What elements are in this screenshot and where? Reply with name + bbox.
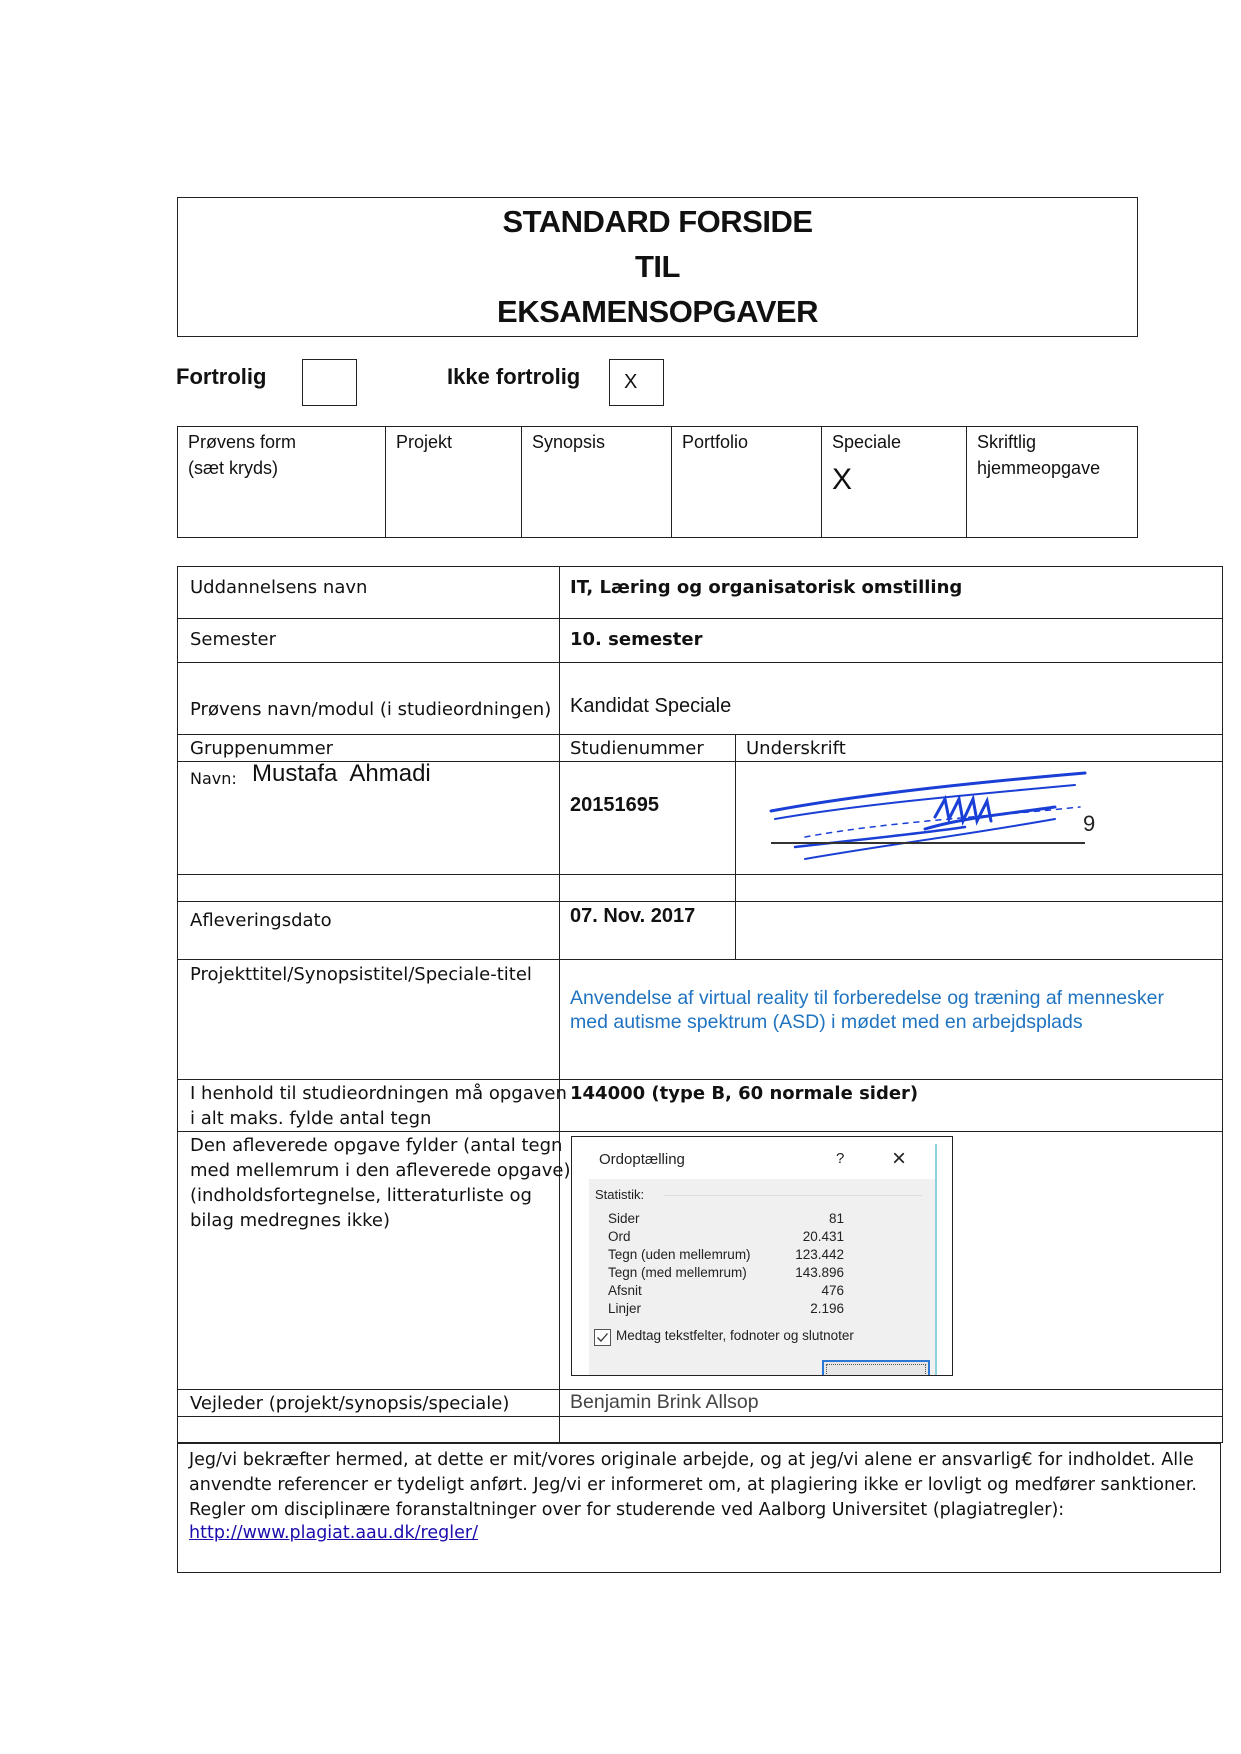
stat-value: 81 xyxy=(829,1211,844,1226)
dialog-edge xyxy=(935,1144,937,1375)
exam-form-label: Prøvens form (sæt kryds) xyxy=(178,427,385,537)
stat-row: Ord20.431 xyxy=(608,1229,844,1247)
title-line-3: EKSAMENSOPGAVER xyxy=(178,294,1137,330)
row-divider xyxy=(178,901,1222,902)
option-label: Projekt xyxy=(396,429,511,455)
exam-form-label-line2: (sæt kryds) xyxy=(188,455,375,481)
option-label: Skriftlig hjemmeopgave xyxy=(977,429,1117,481)
max-chars-label-line2: i alt maks. fylde antal tegn xyxy=(190,1106,431,1131)
exam-form-table: Prøvens form (sæt kryds) Projekt Synopsi… xyxy=(177,426,1138,538)
row-divider xyxy=(178,734,1222,735)
name-prefix: Navn: xyxy=(190,766,237,791)
row-divider xyxy=(178,662,1222,663)
exam-name-label: Prøvens navn/modul (i studieordningen) xyxy=(190,697,551,722)
education-label: Uddannelsens navn xyxy=(190,575,367,600)
checkmark-icon xyxy=(595,1330,610,1345)
stat-row: Tegn (med mellemrum)143.896 xyxy=(608,1265,844,1283)
include-notes-label[interactable]: Medtag tekstfelter, fodnoter og slutnote… xyxy=(616,1328,854,1343)
statistics-section-label: Statistik: xyxy=(595,1187,644,1202)
option-label: Portfolio xyxy=(682,429,811,455)
close-dialog-button[interactable] xyxy=(822,1360,930,1376)
column-divider xyxy=(559,567,560,1442)
exam-form-option-portfolio[interactable]: Portfolio xyxy=(671,427,821,537)
education-value: IT, Læring og organisatorisk omstilling xyxy=(570,575,962,600)
actual-chars-label-line2: med mellemrum i den afleverede opgave) xyxy=(190,1158,571,1183)
stat-value: 143.896 xyxy=(795,1265,844,1280)
row-divider xyxy=(178,959,1222,960)
stat-label: Tegn (med mellemrum) xyxy=(608,1265,747,1280)
stat-label: Sider xyxy=(608,1211,640,1226)
thesis-title-line1: Anvendelse af virtual reality til forber… xyxy=(570,986,1164,1011)
exam-name-value: Kandidat Speciale xyxy=(570,694,731,719)
option-label: Speciale xyxy=(832,429,956,455)
confidential-label: Fortrolig xyxy=(176,364,266,390)
delivery-date-label: Afleveringsdato xyxy=(190,908,332,933)
row-divider xyxy=(178,1079,1222,1080)
stat-value: 20.431 xyxy=(803,1229,844,1244)
include-notes-checkbox[interactable] xyxy=(594,1329,611,1346)
exam-form-option-skriftlig[interactable]: Skriftlig hjemmeopgave xyxy=(966,427,1137,537)
group-number-label: Gruppenummer xyxy=(190,736,333,761)
stat-value: 2.196 xyxy=(810,1301,844,1316)
stat-value: 476 xyxy=(821,1283,844,1298)
stat-label: Linjer xyxy=(608,1301,641,1316)
max-chars-value: 144000 (type B, 60 normale sider) xyxy=(570,1081,918,1106)
title-box: STANDARD FORSIDE TIL EKSAMENSOPGAVER xyxy=(177,197,1138,337)
signature-image: 9 xyxy=(765,767,1095,867)
semester-value: 10. semester xyxy=(570,627,702,652)
supervisor-label: Vejleder (projekt/synopsis/speciale) xyxy=(190,1391,509,1416)
actual-chars-label-line3: (indholdsfortegnelse, litteraturliste og xyxy=(190,1183,532,1208)
max-chars-label-line1: I henhold til studieordningen må opgaven xyxy=(190,1081,567,1106)
declaration-box: Jeg/vi bekræfter hermed, at dette er mit… xyxy=(177,1443,1221,1573)
stat-row: Linjer2.196 xyxy=(608,1301,844,1319)
thesis-title-label: Projekttitel/Synopsistitel/Speciale-tite… xyxy=(190,962,532,987)
stat-label: Tegn (uden mellemrum) xyxy=(608,1247,751,1262)
confidential-checkbox[interactable] xyxy=(302,359,357,406)
exam-form-option-projekt[interactable]: Projekt xyxy=(385,427,521,537)
signature-label: Underskrift xyxy=(746,736,846,761)
semester-label: Semester xyxy=(190,627,276,652)
option-mark: X xyxy=(832,467,956,493)
thesis-title-line2: med autisme spektrum (ASD) i mødet med e… xyxy=(570,1010,1083,1035)
declaration-line1: Jeg/vi bekræfter hermed, at dette er mit… xyxy=(189,1448,1209,1473)
actual-chars-label-line1: Den afleverede opgave fylder (antal tegn xyxy=(190,1133,562,1158)
row-divider xyxy=(178,1416,1222,1417)
declaration-line2: anvendte referencer er tydeligt anført. … xyxy=(189,1473,1209,1498)
exam-form-label-line1: Prøvens form xyxy=(188,429,375,455)
exam-form-option-speciale[interactable]: Speciale X xyxy=(821,427,966,537)
stat-row: Afsnit476 xyxy=(608,1283,844,1301)
section-divider xyxy=(664,1195,922,1196)
not-confidential-label: Ikke fortrolig xyxy=(447,364,580,390)
title-line-2: TIL xyxy=(178,249,1137,285)
stat-label: Ord xyxy=(608,1229,631,1244)
actual-chars-label-line4: bilag medregnes ikke) xyxy=(190,1208,390,1233)
student-number-label: Studienummer xyxy=(570,736,704,761)
title-line-1: STANDARD FORSIDE xyxy=(178,204,1137,240)
svg-text:9: 9 xyxy=(1083,811,1095,836)
student-name: Mustafa Ahmadi xyxy=(252,761,431,786)
option-label: Synopsis xyxy=(532,429,661,455)
close-icon[interactable]: × xyxy=(892,1145,906,1173)
column-divider xyxy=(735,734,736,959)
stat-row: Tegn (uden mellemrum)123.442 xyxy=(608,1247,844,1265)
not-confidential-checkbox[interactable]: X xyxy=(609,359,664,406)
word-count-dialog: Ordoptælling ? × Statistik: Sider81 Ord2… xyxy=(571,1136,953,1376)
not-confidential-mark: X xyxy=(624,371,637,394)
help-icon[interactable]: ? xyxy=(836,1150,844,1167)
delivery-date-value: 07. Nov. 2017 xyxy=(570,904,695,929)
stat-label: Afsnit xyxy=(608,1283,642,1298)
supervisor-value: Benjamin Brink Allsop xyxy=(570,1390,759,1415)
row-divider xyxy=(178,874,1222,875)
declaration-line3: Regler om disciplinære foranstaltninger … xyxy=(189,1498,1209,1523)
row-divider xyxy=(178,618,1222,619)
exam-form-option-synopsis[interactable]: Synopsis xyxy=(521,427,671,537)
plagiarism-rules-link[interactable]: http://www.plagiat.aau.dk/regler/ xyxy=(189,1523,478,1543)
stat-value: 123.442 xyxy=(795,1247,844,1262)
dialog-title: Ordoptælling xyxy=(599,1151,685,1168)
student-number-value: 20151695 xyxy=(570,793,659,818)
row-divider xyxy=(178,1131,1222,1132)
stat-row: Sider81 xyxy=(608,1211,844,1229)
